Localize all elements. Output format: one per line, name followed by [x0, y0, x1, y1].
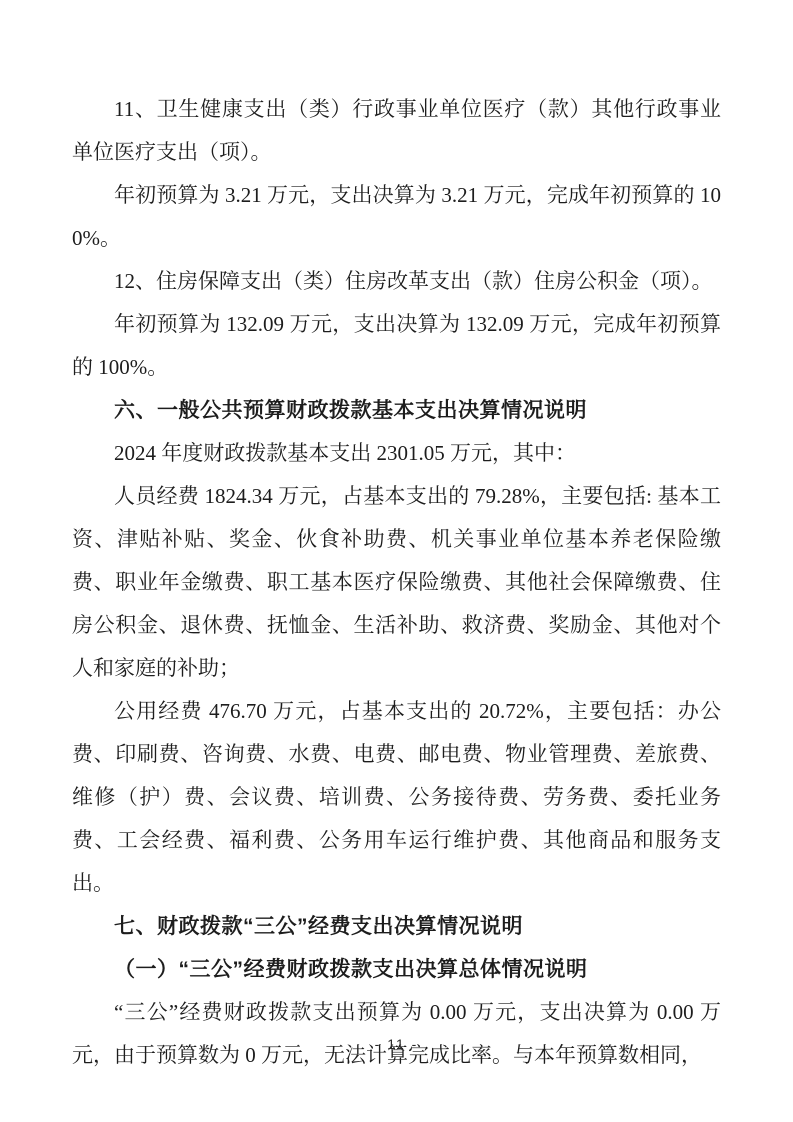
page-number: - 11 -	[0, 1036, 793, 1052]
paragraph-basic-expenditure-total: 2024 年度财政拨款基本支出 2301.05 万元，其中：	[72, 432, 721, 475]
document-page: 11、卫生健康支出（类）行政事业单位医疗（款）其他行政事业单位医疗支出（项）。 …	[0, 0, 793, 1122]
heading-section-6: 六、一般公共预算财政拨款基本支出决算情况说明	[72, 389, 721, 432]
paragraph-expense-item-12: 12、住房保障支出（类）住房改革支出（款）住房公积金（项）。	[72, 260, 721, 303]
paragraph-item-11-budget-figures: 年初预算为 3.21 万元，支出决算为 3.21 万元，完成年初预算的 100%…	[72, 174, 721, 260]
paragraph-public-funds: 公用经费 476.70 万元，占基本支出的 20.72%，主要包括：办公费、印刷…	[72, 690, 721, 905]
heading-section-7-1: （一）“三公”经费财政拨款支出决算总体情况说明	[72, 948, 721, 991]
paragraph-three-public-funds: “三公”经费财政拨款支出预算为 0.00 万元，支出决算为 0.00 万元，由于…	[72, 991, 721, 1077]
paragraph-personnel-funds: 人员经费 1824.34 万元，占基本支出的 79.28%，主要包括: 基本工资…	[72, 475, 721, 690]
heading-section-7: 七、财政拨款“三公”经费支出决算情况说明	[72, 905, 721, 948]
paragraph-item-12-budget-figures: 年初预算为 132.09 万元，支出决算为 132.09 万元，完成年初预算的 …	[72, 303, 721, 389]
paragraph-expense-item-11: 11、卫生健康支出（类）行政事业单位医疗（款）其他行政事业单位医疗支出（项）。	[72, 88, 721, 174]
document-content: 11、卫生健康支出（类）行政事业单位医疗（款）其他行政事业单位医疗支出（项）。 …	[72, 88, 721, 1077]
